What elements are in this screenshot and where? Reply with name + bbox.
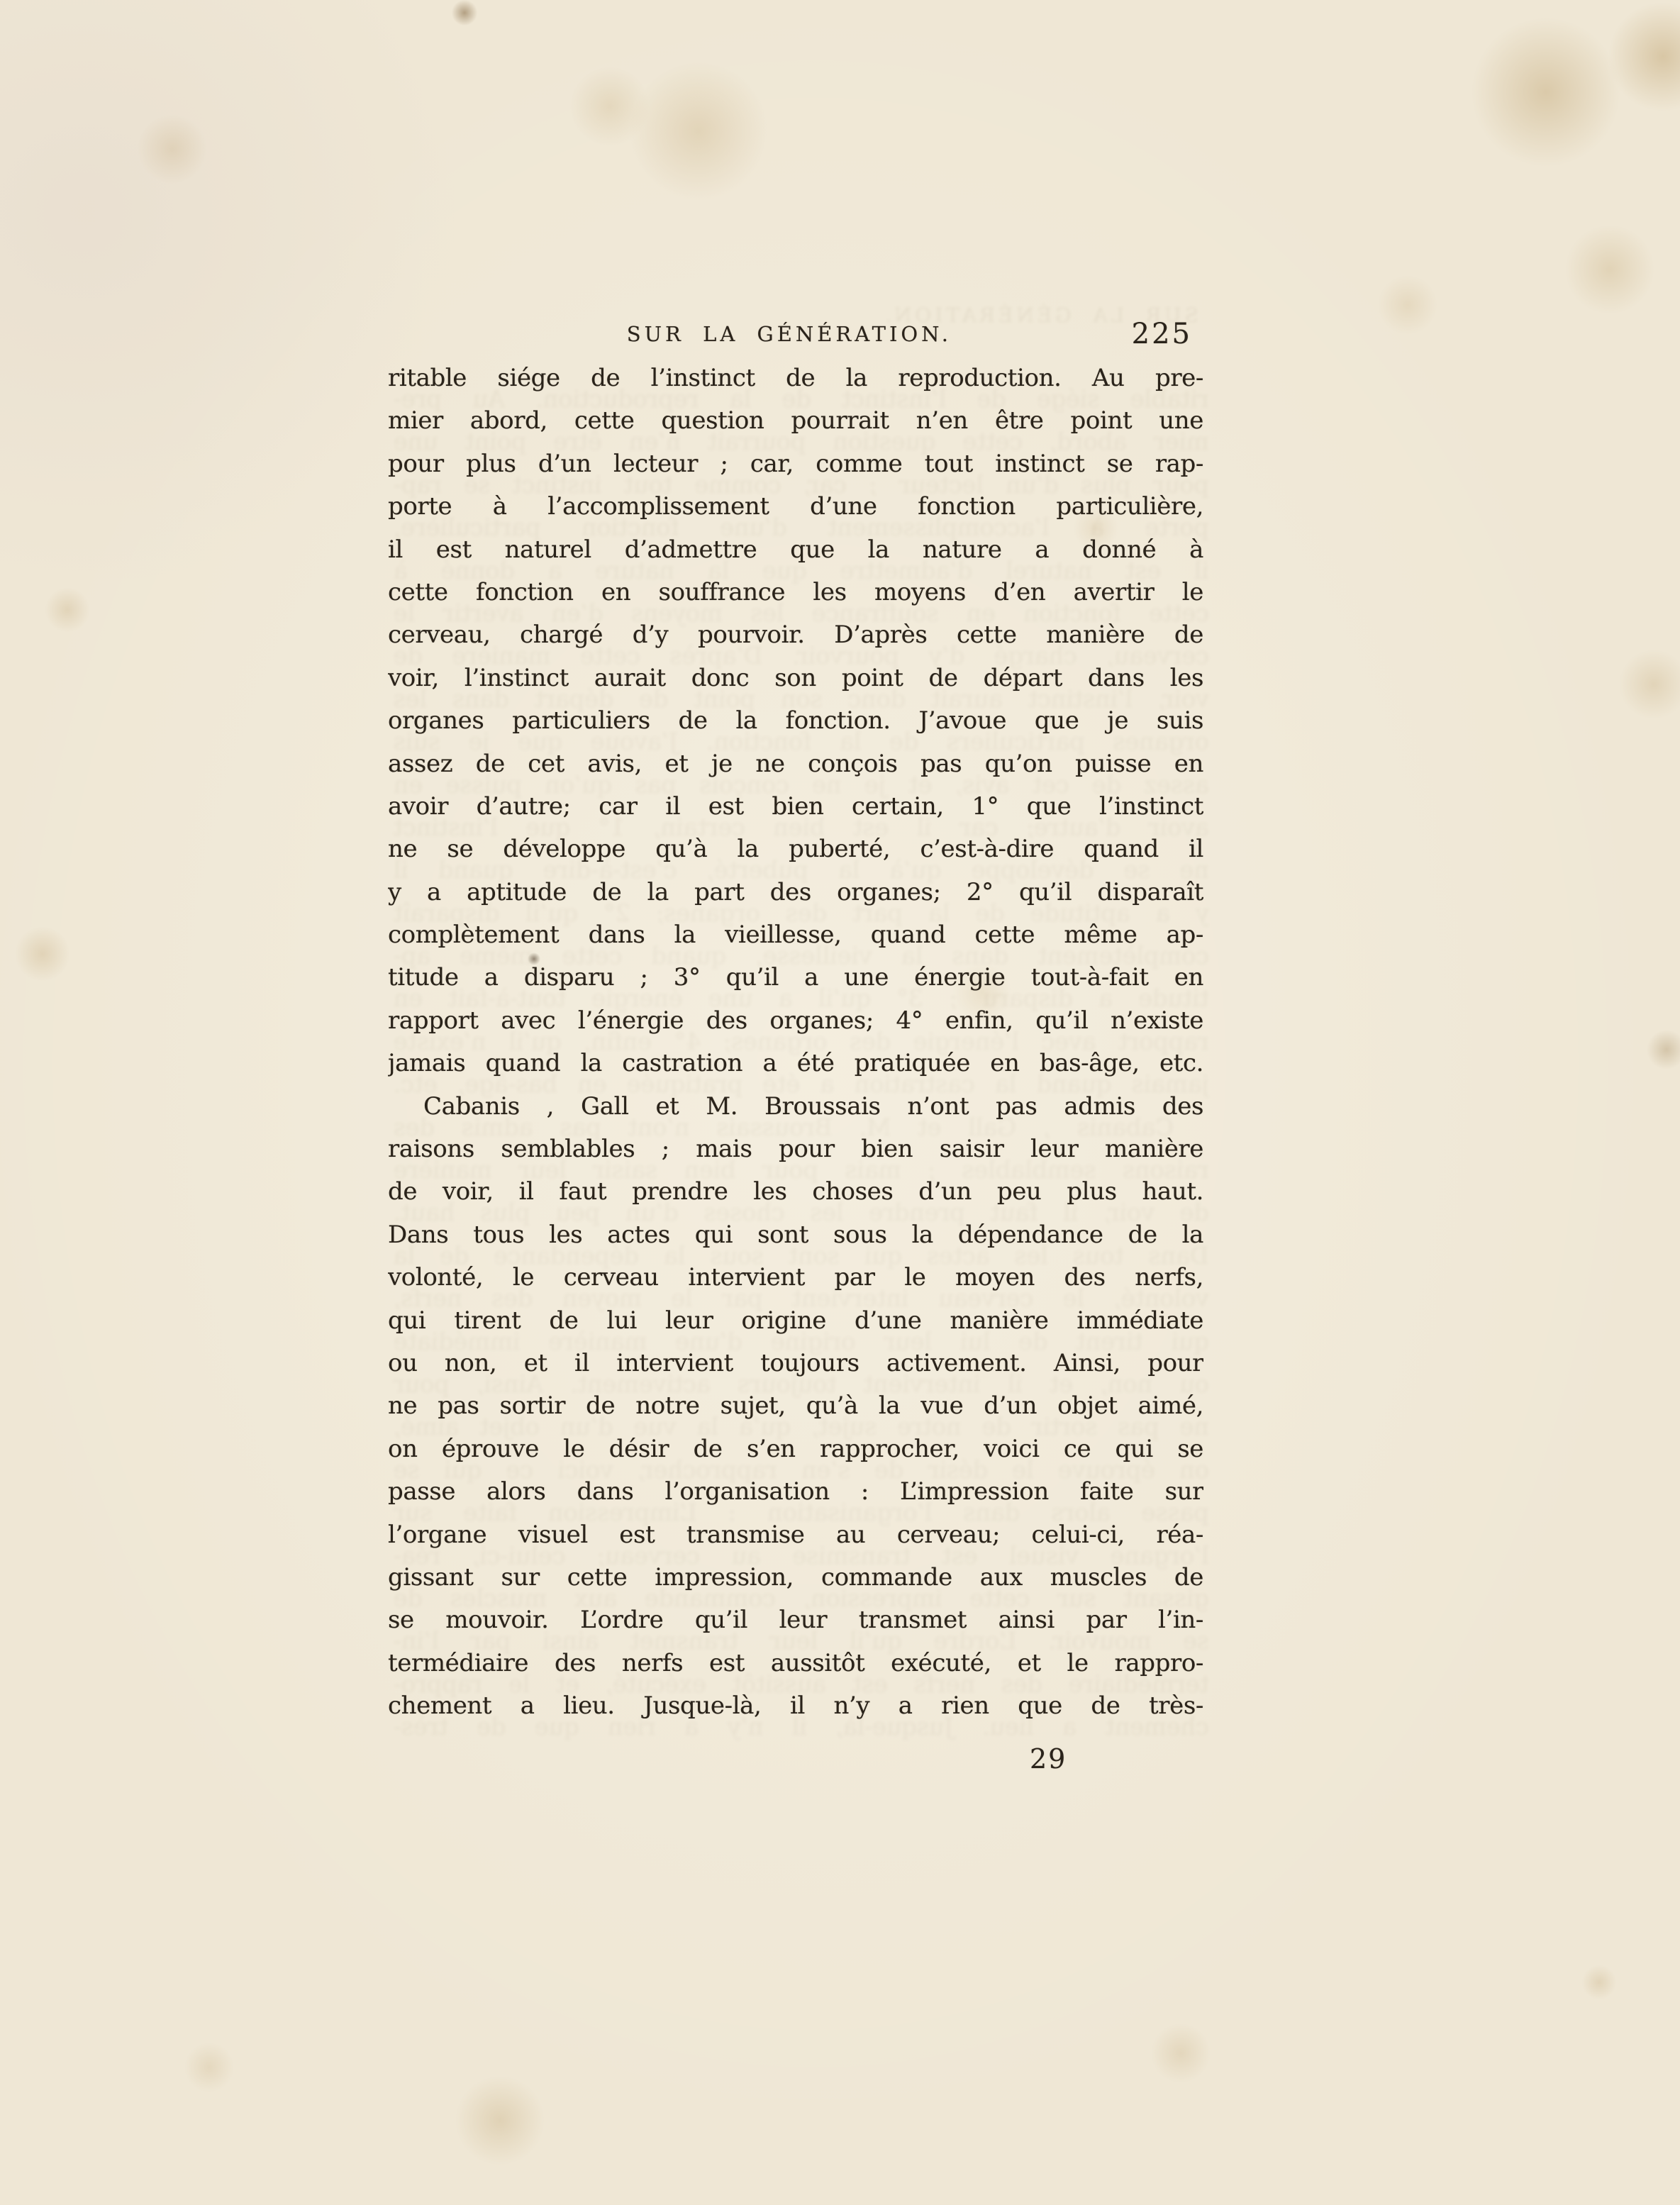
text-line: pour plus d’un lecteur ; car, comme tout…	[388, 443, 1203, 485]
text-line: on éprouve le désir de s’en rapprocher, …	[388, 1428, 1203, 1470]
text-line: il est naturel d’admettre que la nature …	[388, 528, 1203, 571]
text-line: rapport avec l’énergie des organes; 4° e…	[388, 999, 1203, 1042]
text-line: assez de cet avis, et je ne conçois pas …	[388, 743, 1203, 785]
text-line: ne se développe qu’à la puberté, c’est-à…	[388, 828, 1203, 870]
text-line: cette fonction en souffrance les moyens …	[388, 571, 1203, 613]
text-line: ritable siége de l’instinct de la reprod…	[388, 357, 1203, 399]
page-number: 225	[1132, 318, 1192, 350]
text-line: ne pas sortir de notre sujet, qu’à la vu…	[388, 1384, 1203, 1427]
text-line: titude a disparu ; 3° qu’il a une énergi…	[388, 956, 1203, 999]
book-page: SUR LA GÉNÉRATION. SUR LA GÉNÉRATION. 22…	[0, 0, 1680, 2205]
text-line: ou non, et il intervient toujours active…	[388, 1342, 1203, 1384]
text-line: jamais quand la castration a été pratiqu…	[388, 1042, 1203, 1084]
text-line: termédiaire des nerfs est aussitôt exécu…	[388, 1642, 1203, 1684]
text-line: complètement dans la vieillesse, quand c…	[388, 913, 1203, 956]
text-line: avoir d’autre; car il est bien certain, …	[388, 785, 1203, 828]
text-line: chement a lieu. Jusque-là, il n’y a rien…	[388, 1684, 1203, 1727]
text-line: voir, l’instinct aurait donc son point d…	[388, 657, 1203, 699]
text-line: passe alors dans l’organisation : L’impr…	[388, 1470, 1203, 1513]
text-line: Dans tous les actes qui sont sous la dép…	[388, 1213, 1203, 1256]
text-line: y a aptitude de la part des organes; 2° …	[388, 871, 1203, 913]
text-line: volonté, le cerveau intervient par le mo…	[388, 1256, 1203, 1299]
text-line: qui tirent de lui leur origine d’une man…	[388, 1299, 1203, 1342]
text-line: mier abord, cette question pourrait n’en…	[388, 399, 1203, 442]
text-line: organes particuliers de la fonction. J’a…	[388, 699, 1203, 742]
text-line: de voir, il faut prendre les choses d’un…	[388, 1170, 1203, 1213]
text-line: Cabanis , Gall et M. Broussais n’ont pas…	[388, 1085, 1203, 1128]
signature-mark: 29	[1030, 1743, 1067, 1774]
text-line: gissant sur cette impression, commande a…	[388, 1556, 1203, 1599]
text-block: ritable siége de l’instinct de la reprod…	[388, 357, 1203, 1728]
text-line: l’organe visuel est transmise au cerveau…	[388, 1513, 1203, 1556]
text-line: porte à l’accomplissement d’une fonction…	[388, 485, 1203, 528]
running-title: SUR LA GÉNÉRATION.	[627, 322, 952, 346]
text-line: se mouvoir. L’ordre qu’il leur transmet …	[388, 1599, 1203, 1641]
text-line: cerveau, chargé d’y pourvoir. D’après ce…	[388, 613, 1203, 656]
text-line: raisons semblables ; mais pour bien sais…	[388, 1128, 1203, 1170]
